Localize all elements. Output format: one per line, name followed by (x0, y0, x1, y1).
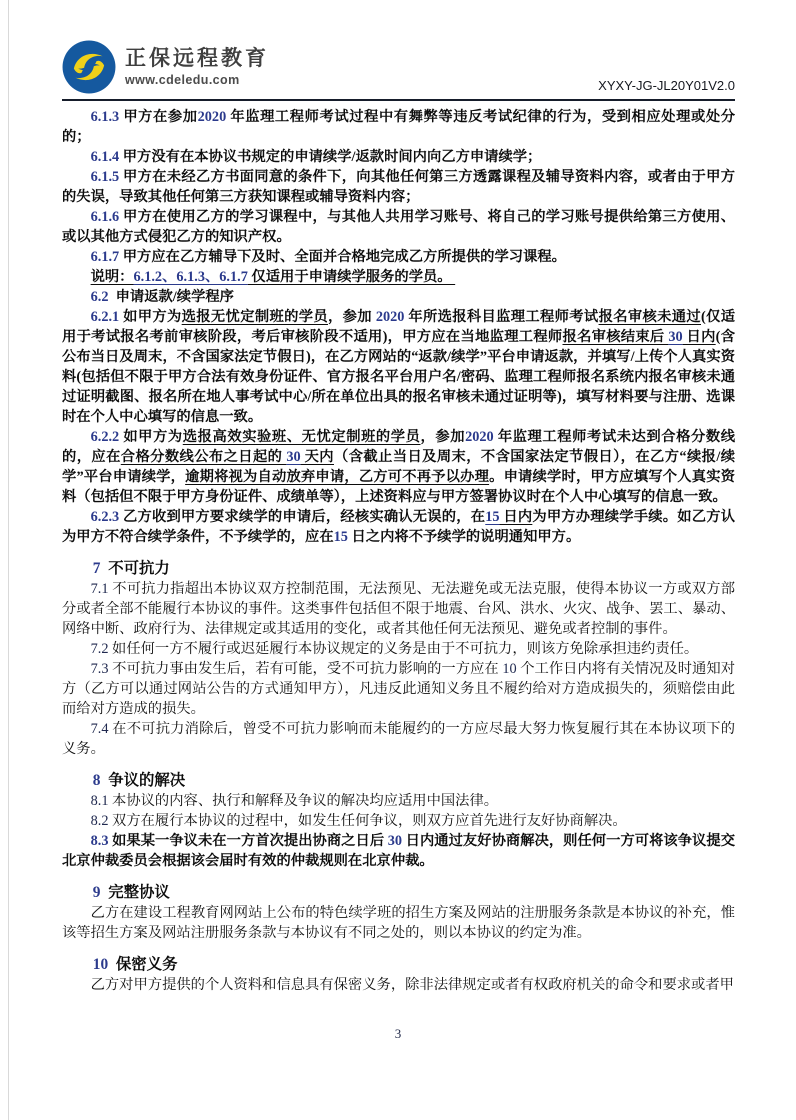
document-body: 6.1.3 甲方在参加2020 年监理工程师考试过程中有舞弊等违反考试纪律的行为… (62, 107, 735, 995)
clause-6-2-2: 6.2.2 如甲方为选报高效实验班、无忧定制班的学员，参加2020 年监理工程师… (62, 427, 735, 507)
clause-6-1-5: 6.1.5 甲方在未经乙方书面同意的条件下，向其他任何第三方透露课程及辅导资料内… (62, 167, 735, 207)
heading-10: 10 保密义务 (62, 955, 735, 975)
clause-10-body: 乙方对甲方提供的个人资料和信息具有保密义务，除非法律规定或者有权政府机关的命令和… (62, 975, 735, 995)
clause-6-2-1: 6.2.1 如甲方为选报无忧定制班的学员，参加 2020 年所选报科目监理工程师… (62, 307, 735, 427)
clause-7-4: 7.4 在不可抗力消除后，曾受不可抗力影响而未能履约的一方应尽最大努力恢复履行其… (62, 719, 735, 759)
clause-8-1: 8.1 本协议的内容、执行和解释及争议的解决均应适用中国法律。 (62, 791, 735, 811)
brand-text: 正保远程教育 www.cdeledu.com (125, 47, 269, 87)
heading-9: 9 完整协议 (62, 883, 735, 903)
page-header: 正保远程教育 www.cdeledu.com XYXY-JG-JL20Y01V2… (62, 40, 735, 101)
cdel-logo-icon (62, 40, 116, 94)
clause-7-2: 7.2 如任何一方不履行或迟延履行本协议规定的义务是由于不可抗力，则该方免除承担… (62, 639, 735, 659)
heading-7: 7 不可抗力 (62, 559, 735, 579)
brand-website: www.cdeledu.com (125, 73, 269, 87)
brand-block: 正保远程教育 www.cdeledu.com (62, 40, 269, 94)
page-footer: 3 (0, 1026, 796, 1042)
clause-6-1-7: 6.1.7 甲方应在乙方辅导下及时、全面并合格地完成乙方所提供的学习课程。 (62, 247, 735, 267)
clause-9-body: 乙方在建设工程教育网网站上公布的特色续学班的招生方案及网站的注册服务条款是本协议… (62, 903, 735, 943)
clause-6-1-6: 6.1.6 甲方在使用乙方的学习课程中，与其他人共用学习账号、将自己的学习账号提… (62, 207, 735, 247)
clause-6-2-3: 6.2.3 乙方收到甲方要求续学的申请后，经核实确认无误的，在15 日内为甲方办… (62, 507, 735, 547)
clause-6-1-3: 6.1.3 甲方在参加2020 年监理工程师考试过程中有舞弊等违反考试纪律的行为… (62, 107, 735, 147)
page-number: 3 (395, 1026, 402, 1041)
clause-8-2: 8.2 双方在履行本协议的过程中，如发生任何争议，则双方应首先进行友好协商解决。 (62, 811, 735, 831)
note-6-1: 说明：6.1.2、6.1.3、6.1.7 仅适用于申请续学服务的学员。 (62, 267, 735, 287)
page-left-edge (8, 0, 9, 1120)
heading-8: 8 争议的解决 (62, 771, 735, 791)
document-code: XYXY-JG-JL20Y01V2.0 (598, 78, 735, 94)
brand-name: 正保远程教育 (125, 47, 269, 71)
clause-7-1: 7.1 不可抗力指超出本协议双方控制范围，无法预见、无法避免或无法克服，使得本协… (62, 579, 735, 639)
document-page: 正保远程教育 www.cdeledu.com XYXY-JG-JL20Y01V2… (0, 0, 796, 995)
clause-8-3: 8.3 如果某一争议未在一方首次提出协商之日后 30 日内通过友好协商解决，则任… (62, 831, 735, 871)
heading-6-2: 6.2 申请返款/续学程序 (62, 287, 735, 307)
clause-6-1-4: 6.1.4 甲方没有在本协议书规定的申请续学/返款时间内向乙方申请续学； (62, 147, 735, 167)
clause-7-3: 7.3 不可抗力事由发生后，若有可能，受不可抗力影响的一方应在 10 个工作日内… (62, 659, 735, 719)
